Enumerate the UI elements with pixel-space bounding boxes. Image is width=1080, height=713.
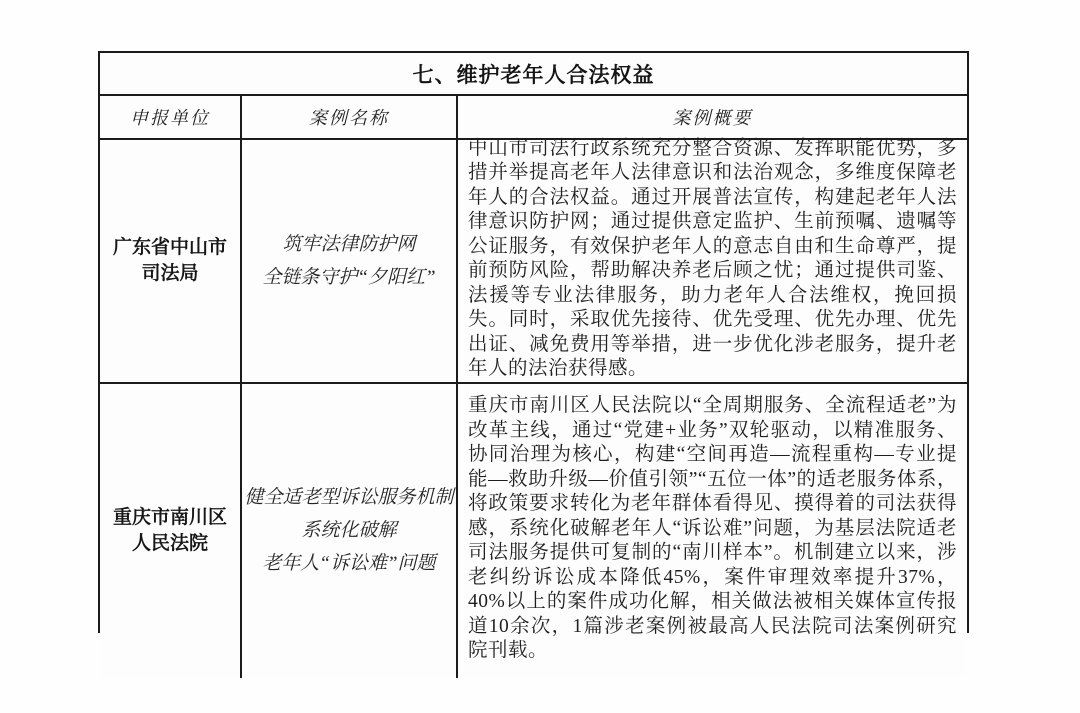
table-row-2-summary: 重庆市南川区人民法院以“全周期服务、全流程适老”为改革主线，通过“党建+业务”双… (458, 384, 967, 678)
column-header-unit: 申报单位 (100, 96, 242, 140)
table-row-2-summary-text: 重庆市南川区人民法院以“全周期服务、全流程适老”为改革主线，通过“党建+业务”双… (468, 394, 957, 664)
table-row-2-unit: 重庆市南川区 人民法院 (100, 384, 242, 678)
table-title: 七、维护老年人合法权益 (100, 53, 967, 96)
table-row-2-case-name: 健全适老型诉讼服务机制 系统化破解 老年人“诉讼难”问题 (242, 384, 458, 678)
table-row-1-unit: 广东省中山市 司法局 (100, 140, 242, 384)
column-header-summary: 案例概要 (458, 96, 967, 140)
table-row-1-summary-text: 中山市司法行政系统充分整合资源、发挥职能优势，多措并举提高老年人法律意识和法治观… (468, 137, 957, 382)
column-header-case-name: 案例名称 (242, 96, 458, 140)
document-page: 七、维护老年人合法权益 申报单位 案例名称 案例概要 广东省中山市 司法局 筑牢… (0, 0, 1080, 713)
table-row-1-case-name: 筑牢法律防护网 全链条守护“夕阳红” (242, 140, 458, 384)
table-row-1-summary: 中山市司法行政系统充分整合资源、发挥职能优势，多措并举提高老年人法律意识和法治观… (458, 140, 967, 384)
elderly-rights-cases-table: 七、维护老年人合法权益 申报单位 案例名称 案例概要 广东省中山市 司法局 筑牢… (98, 51, 969, 633)
